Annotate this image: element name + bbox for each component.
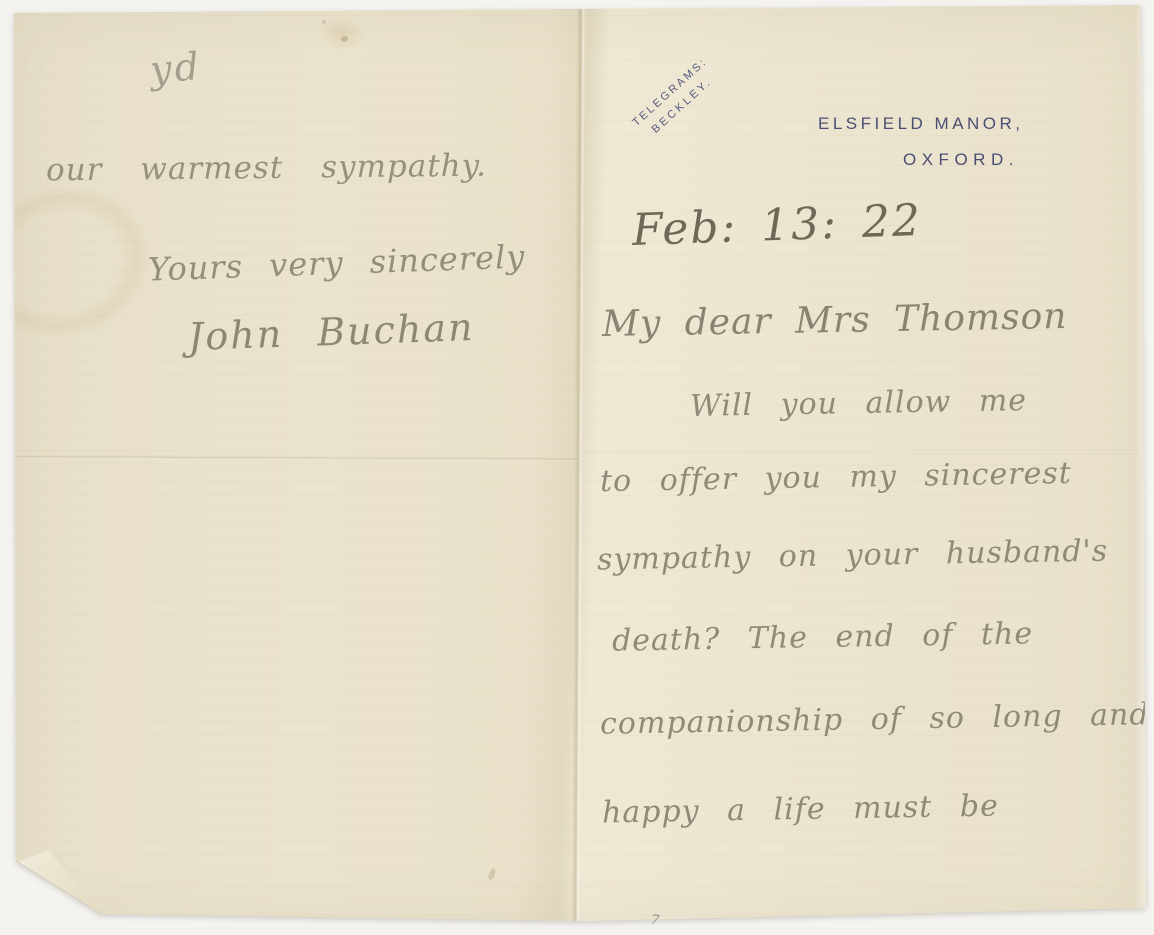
letterhead-address-line1: ELSFIELD MANOR, (818, 114, 1024, 134)
handwritten-body-line: to offer you my sincerest (600, 456, 1072, 499)
ink-speck (322, 20, 326, 24)
letter-scan: yd our warmest sympathy. Yours very sinc… (0, 0, 1154, 935)
dogear-fold (16, 846, 108, 918)
center-fold-crease (571, 0, 586, 935)
handwritten-date: Feb: 13: 22 (631, 195, 923, 256)
pencil-speck (487, 867, 497, 880)
handwritten-body-line: companionship of so long and (600, 697, 1150, 742)
handwritten-body-line: sympathy on your husband's (597, 534, 1109, 578)
telegrams-stamp: TELEGRAMS: BECKLEY. (618, 45, 733, 153)
pencil-annotation: yd (148, 44, 203, 92)
paper-right-edge-highlight (1134, 4, 1146, 910)
letter-paper: yd our warmest sympathy. Yours very sinc… (0, 0, 1154, 935)
handwritten-line-valediction: Yours very sincerely (147, 237, 525, 288)
handwritten-body-line: happy a life must be (602, 789, 999, 831)
left-page-crease (15, 455, 578, 461)
telegrams-stamp-line1: TELEGRAMS: (618, 45, 721, 140)
handwritten-body-line: death? The end of the (612, 616, 1034, 658)
signature: John Buchan (187, 305, 475, 359)
handwritten-salutation: My dear Mrs Thomson (602, 296, 1068, 345)
ink-speck (341, 36, 348, 42)
stain-top (310, 10, 374, 56)
handwritten-body-line: Will you allow me (690, 383, 1028, 424)
handwritten-line-closing: our warmest sympathy. (46, 148, 487, 189)
letterhead-address-line2: OXFORD. (903, 150, 1019, 170)
letter-paper-wrap: yd our warmest sympathy. Yours very sinc… (0, 0, 1154, 935)
